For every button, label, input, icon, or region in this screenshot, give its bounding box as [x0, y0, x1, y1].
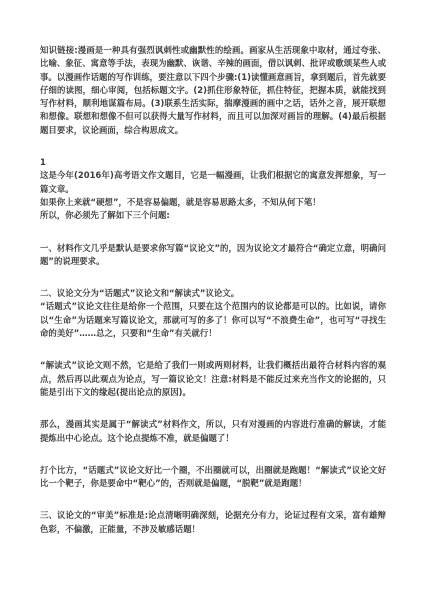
paragraph-list-number: 1 — [40, 156, 386, 169]
paragraph-intro: 这是今年(2016年)高考语文作文题目，它是一幅漫画，让我们根据它的寓意发挥想象… — [40, 169, 386, 196]
paragraph-analogy: 打个比方，“话题式”议论文好比一个圈，不出圈就可以，出圈就是跑题！“解读式”议论… — [40, 464, 386, 491]
document-page: 知识链接:漫画是一种具有强烈讽刺性或幽默性的绘画。画家从生活现象中取材，通过夸张… — [0, 0, 424, 600]
paragraph-caution: 如果你上来就“硬想”，不是容易偏题，就是容易思路太多，不知从何下笔！ — [40, 196, 386, 209]
paragraph-comic-is-interpret: 那么，漫画其实是属于“解读式”材料作文，所以，只有对漫画的内容进行准确的解读，才… — [40, 418, 386, 445]
document-body: 知识链接:漫画是一种具有强烈讽刺性或幽默性的绘画。画家从生活现象中取材，通过夸张… — [40, 44, 386, 536]
paragraph-lead-in: 所以，你必须先了解如下三个问题: — [40, 209, 386, 222]
paragraph-section-three: 三、议论文的“审美”标准是:论点清晰明确深刻，论据充分有力，论证过程有文采，富有… — [40, 509, 386, 536]
paragraph-knowledge-link: 知识链接:漫画是一种具有强烈讽刺性或幽默性的绘画。画家从生活现象中取材，通过夸张… — [40, 44, 386, 137]
paragraph-interpret-style-explain: “解读式”议论文则不然，它是给了我们一则或两则材料，让我们概括出最符合材料内容的… — [40, 359, 386, 399]
paragraph-topic-style-explain: “话题式”议论文往往是给你一个范围，只要在这个范围内的议论都是可以的。比如说，请… — [40, 300, 386, 340]
paragraph-section-two-heading: 二、议论文分为“话题式”议论文和“解读式”议论文。 — [40, 287, 386, 300]
paragraph-section-one: 一、材料作文几乎是默认是要求你写篇“议论文”的，因为议论文才最符合“确定立意，明… — [40, 242, 386, 269]
